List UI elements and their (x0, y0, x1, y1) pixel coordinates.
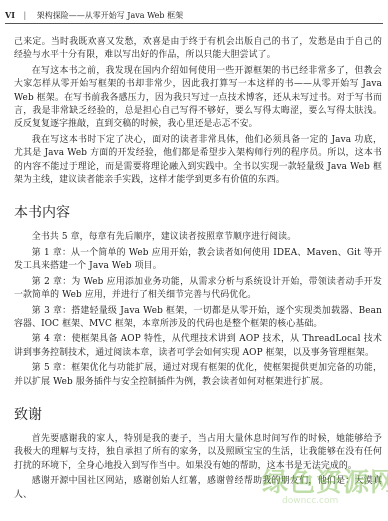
chapter-5-summary: 第 5 章：框架优化与功能扩展，通过对现有框架的优化，使框架提供更加完备的功能，… (14, 362, 382, 389)
chapter-4-summary: 第 4 章：使框架具备 AOP 特性，从代理技术讲到 AOP 技术，从 Thre… (14, 333, 382, 360)
page-content: 己来定。当时我既欢喜又发愁，欢喜是由于终于有机会出版自己的书了，发愁是由于自己的… (14, 36, 382, 502)
header-separator: | (24, 11, 27, 20)
intro-paragraph: 我在写这本书时下定了决心，面对的读者非常具体，他们必须具备一定的 Java 功底… (14, 134, 382, 188)
book-page: VI | 架构探险——从零开始写 Java Web 框架 己来定。当时我既欢喜又… (0, 0, 388, 521)
running-header: VI | 架构探险——从零开始写 Java Web 框架 (5, 9, 383, 24)
thanks-paragraph: 首先要感谢我的家人，特别是我的妻子，当占用大量休息时间写作的时候，她能够给予我极… (14, 433, 382, 473)
page-number: VI (5, 10, 15, 20)
chapter-2-summary: 第 2 章：为 Web 应用添加业务功能，从需求分析与系统设计开始，带领读者动手… (14, 276, 382, 303)
book-title: 架构探险——从零开始写 Java Web 框架 (37, 11, 183, 20)
contents-paragraph: 全书共 5 章，每章有先后顺序，建议读者按照章节顺序进行阅读。 (14, 231, 382, 244)
intro-paragraph: 在写这本书之前，我发现在国内介绍如何使用一些开源框架的书已经非常多了，但教会大家… (14, 65, 382, 132)
chapter-3-summary: 第 3 章：搭建轻量级 Java Web 框架，一切都是从零开始，逐个实现类加载… (14, 305, 382, 332)
thanks-paragraph: 感谢开源中国社区网站，感谢创始人红薯，感谢曾经帮助我的朋友们，他们是：大漠真人、 (14, 475, 382, 502)
chapter-1-summary: 第 1 章：从一个简单的 Web 应用开始，教会读者如何使用 IDEA、Mave… (14, 247, 382, 274)
intro-paragraph: 己来定。当时我既欢喜又发愁，欢喜是由于终于有机会出版自己的书了，发愁是由于自己的… (14, 36, 382, 63)
section-heading-contents: 本书内容 (14, 203, 382, 223)
section-heading-thanks: 致谢 (14, 405, 382, 425)
